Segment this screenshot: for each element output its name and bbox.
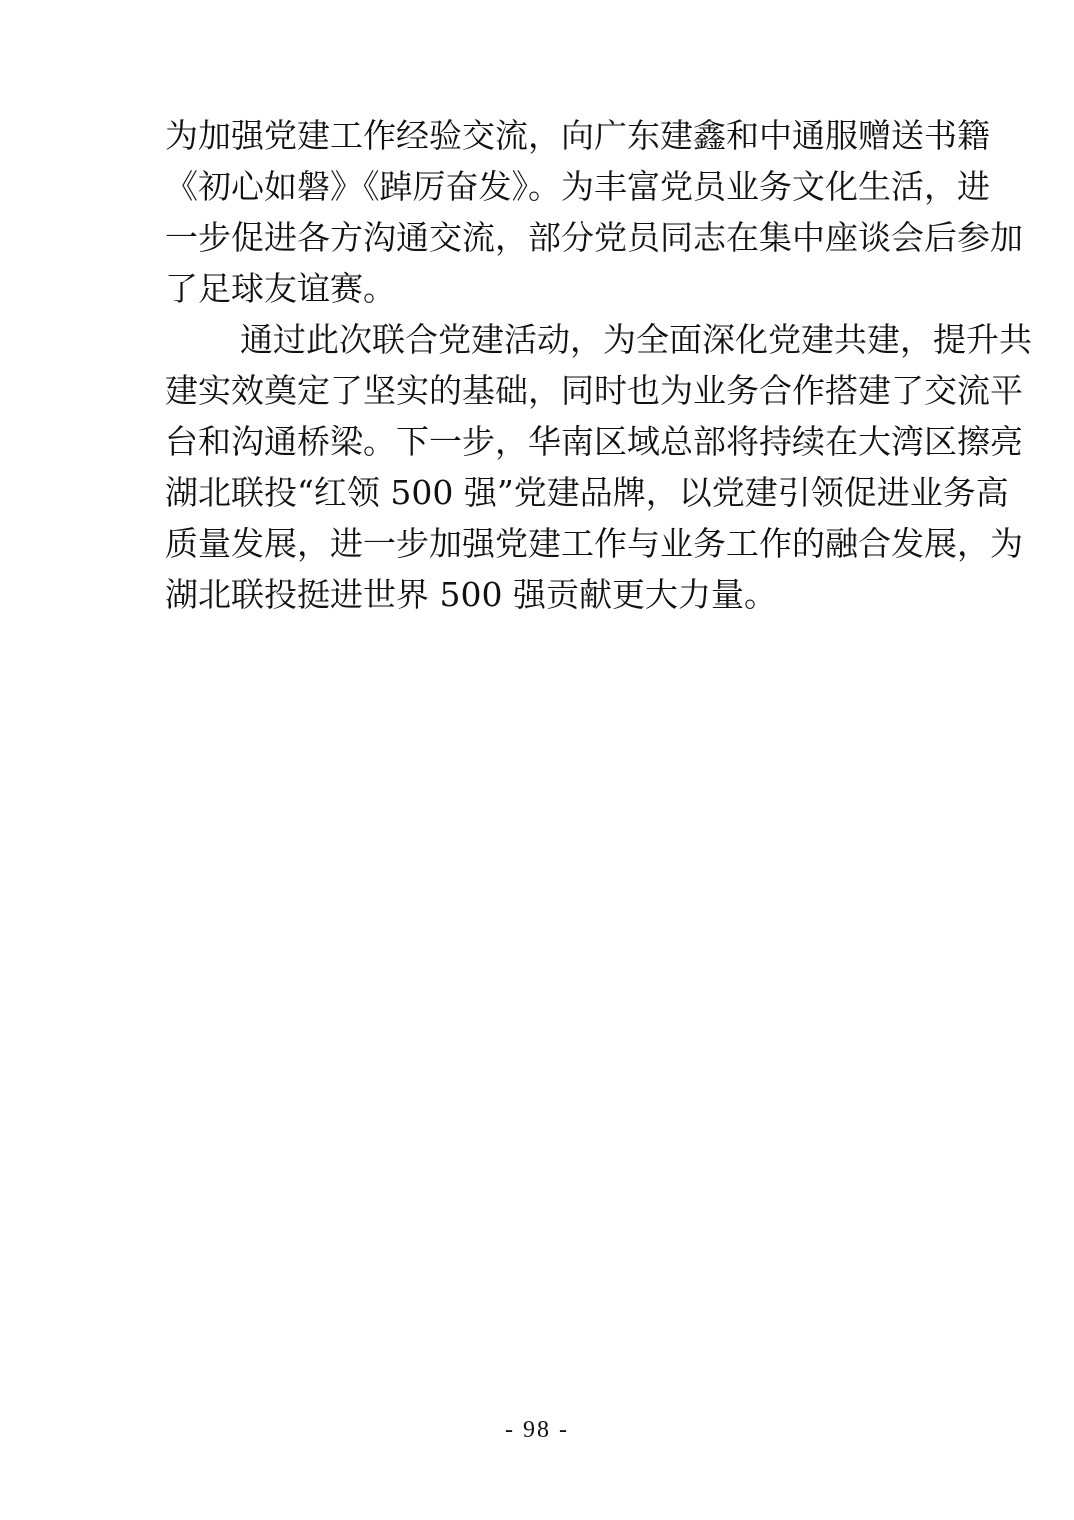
- text-line: 为加强党建工作经验交流，向广东建鑫和中通服赠送书籍: [165, 110, 915, 161]
- text-line: 一步促进各方沟通交流，部分党员同志在集中座谈会后参加: [165, 212, 915, 263]
- text-line: 《初心如磐》《踔厉奋发》。为丰富党员业务文化生活，进: [165, 161, 915, 212]
- paragraph-1: 为加强党建工作经验交流，向广东建鑫和中通服赠送书籍 《初心如磐》《踔厉奋发》。为…: [165, 110, 915, 314]
- body-text: 为加强党建工作经验交流，向广东建鑫和中通服赠送书籍 《初心如磐》《踔厉奋发》。为…: [165, 110, 915, 620]
- paragraph-2: 通过此次联合党建活动，为全面深化党建共建，提升共 建实效奠定了坚实的基础，同时也…: [165, 314, 915, 620]
- text-line: 湖北联投“红领 500 强”党建品牌，以党建引领促进业务高: [165, 467, 915, 518]
- document-page: 为加强党建工作经验交流，向广东建鑫和中通服赠送书籍 《初心如磐》《踔厉奋发》。为…: [0, 0, 1074, 1520]
- text-line: 建实效奠定了坚实的基础，同时也为业务合作搭建了交流平: [165, 365, 915, 416]
- text-line: 质量发展，进一步加强党建工作与业务工作的融合发展，为: [165, 518, 915, 569]
- text-line: 了足球友谊赛。: [165, 263, 915, 314]
- page-number: - 98 -: [0, 1410, 1074, 1450]
- text-line: 台和沟通桥梁。下一步，华南区域总部将持续在大湾区擦亮: [165, 416, 915, 467]
- text-line: 通过此次联合党建活动，为全面深化党建共建，提升共: [165, 314, 915, 365]
- text-line: 湖北联投挺进世界 500 强贡献更大力量。: [165, 569, 915, 620]
